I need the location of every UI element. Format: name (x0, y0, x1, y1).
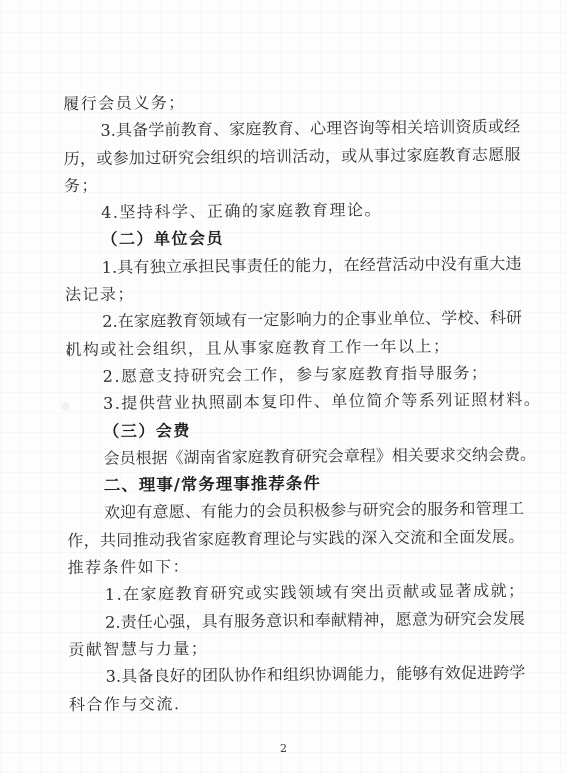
text-lines: 履行会员义务；3.具备学前教育、家庭教育、心理咨询等相关培训资质或经历，或参加过… (63, 86, 526, 718)
text-line: 3.提供营业执照副本复印件、单位简介等系列证照材料。 (66, 386, 523, 418)
text-line: 3.具备学前教育、家庭教育、心理咨询等相关培训资质或经 (63, 113, 520, 145)
section-heading: 二、理事/常务理事推荐条件 (67, 468, 524, 500)
text-line: 4.坚持科学、正确的家庭教育理论。 (64, 195, 521, 227)
section-heading: （二）单位会员 (64, 222, 521, 254)
text-line: 2.在家庭教育领域有一定影响力的企事业单位、学校、科研 (65, 304, 522, 336)
text-line: 机构或社会组织，且从事家庭教育工作一年以上； (65, 331, 522, 363)
scan-speck (67, 351, 70, 355)
text-line: 欢迎有意愿、有能力的会员积极参与研究会的服务和管理工 (67, 495, 524, 527)
text-line: 1.在家庭教育研究或实践领域有突出贡献或显著成就； (68, 577, 525, 609)
text-line: 1.具有独立承担民事责任的能力，在经营活动中没有重大违 (65, 250, 522, 282)
text-line: 履行会员义务； (63, 86, 520, 118)
text-line: 2.责任心强，具有服务意识和奉献精神，愿意为研究会发展 (68, 604, 525, 636)
text-line: 推荐条件如下： (67, 550, 524, 582)
text-line: 3.具备良好的团队协作和组织协调能力，能够有效促进跨学 (69, 659, 526, 691)
text-line: 法记录； (65, 277, 522, 309)
text-line: 历，或参加过研究会组织的培训活动，或从事过家庭教育志愿服 (64, 140, 521, 172)
text-line: 2.愿意支持研究会工作，参与家庭教育指导服务； (66, 359, 523, 391)
text-line: 科合作与交流. (69, 686, 526, 718)
section-heading: （三）会费 (66, 413, 523, 445)
text-line: 贡献智慧与力量； (68, 632, 525, 664)
document-page: 履行会员义务；3.具备学前教育、家庭教育、心理咨询等相关培训资质或经历，或参加过… (0, 0, 567, 773)
page-number: 2 (0, 742, 567, 755)
text-line: 会员根据《湖南省家庭教育研究会章程》相关要求交纳会费。 (66, 441, 523, 473)
text-line: 作，共同推动我省家庭教育理论与实践的深入交流和全面发展。 (67, 523, 524, 555)
scan-smudge (62, 402, 70, 411)
text-line: 务； (64, 168, 521, 200)
